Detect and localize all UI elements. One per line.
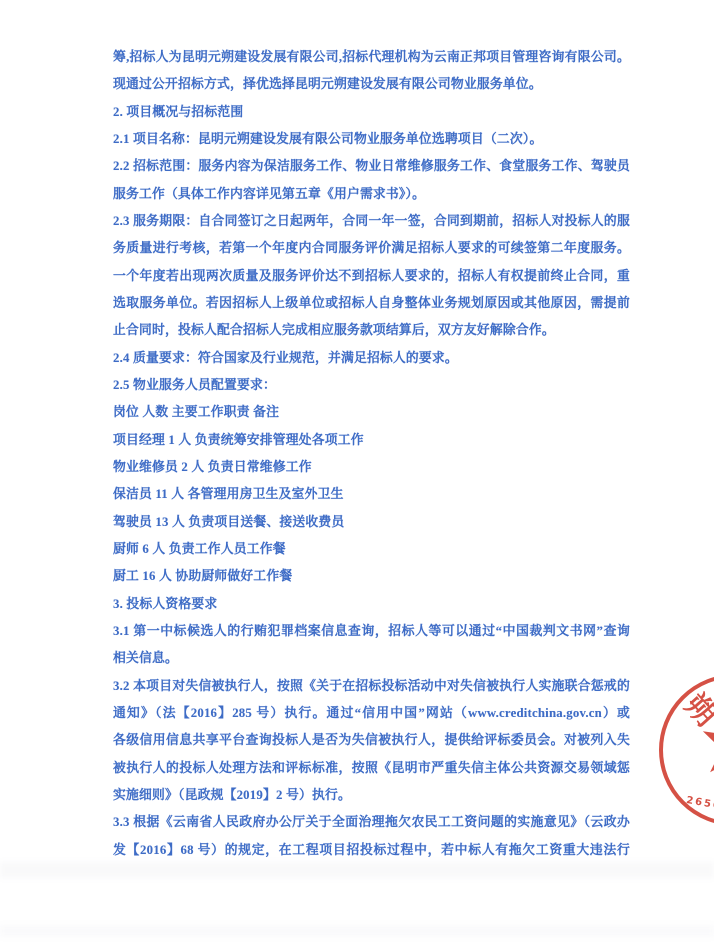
document-line: 被执行人的投标人处理方法和评标标准，按照《昆明市严重失信主体公共资源交易领域惩戒 (113, 755, 630, 782)
document-line: 厨工 16 人 协助厨师做好工作餐 (113, 563, 630, 590)
document-line: 止合同时，投标人配合招标人完成相应服务款项结算后，双方友好解除合作。 (113, 317, 630, 344)
seal-ring (659, 674, 714, 826)
document-page: 筹,招标人为昆明元朔建设发展有限公司,招标代理机构为云南正邦项目管理咨询有限公司… (0, 0, 714, 944)
document-line: 筹,招标人为昆明元朔建设发展有限公司,招标代理机构为云南正邦项目管理咨询有限公司… (113, 44, 630, 71)
document-line: 相关信息。 (113, 645, 630, 672)
document-line: 各级信用信息共享平台查询投标人是否为失信被执行人，提供给评标委员会。对被列入失信 (113, 727, 630, 754)
document-line: 2.3 服务期限：自合同签订之日起两年，合同一年一签，合同到期前，招标人对投标人… (113, 208, 630, 235)
official-seal-stamp: ★ 朔 2656 (652, 640, 714, 855)
document-line: 项目经理 1 人 负责统筹安排管理处各项工作 (113, 427, 630, 454)
document-line: 3.3 根据《云南省人民政府办公厅关于全面治理拖欠农民工工资问题的实施意见》（云… (113, 809, 630, 836)
document-line: 2.5 物业服务人员配置要求： (113, 372, 630, 399)
document-line: 厨师 6 人 负责工作人员工作餐 (113, 536, 630, 563)
document-line: 务质量进行考核，若第一个年度内合同服务评价满足招标人要求的可续签第二年度服务。第 (113, 235, 630, 262)
document-line: 实施细则》（昆政规【2019】2 号）执行。 (113, 782, 630, 809)
document-line: 2.2 招标范围：服务内容为保洁服务工作、物业日常维修服务工作、食堂服务工作、驾… (113, 153, 630, 180)
document-line: 服务工作（具体工作内容详见第五章《用户需求书》）。 (113, 181, 630, 208)
document-line: 3.2 本项目对失信被执行人，按照《关于在招标投标活动中对失信被执行人实施联合惩… (113, 673, 630, 700)
document-line: 选取服务单位。若因招标人上级单位或招标人自身整体业务规划原因或其他原因，需提前终 (113, 290, 630, 317)
seal-serial-number: 2656 (685, 795, 714, 812)
document-line: 物业维修员 2 人 负责日常维修工作 (113, 454, 630, 481)
document-line: 通知》（法【2016】285 号）执行。通过“信用中国”网站（www.credi… (113, 700, 630, 727)
seal-star-icon: ★ (684, 694, 714, 796)
scan-noise-strip (0, 925, 714, 937)
document-text-block: 筹,招标人为昆明元朔建设发展有限公司,招标代理机构为云南正邦项目管理咨询有限公司… (113, 44, 630, 864)
document-line: 保洁员 11 人 各管理用房卫生及室外卫生 (113, 481, 630, 508)
seal-partial-text: 朔 (677, 682, 714, 734)
document-line: 2. 项目概况与招标范围 (113, 99, 630, 126)
document-line: 岗位 人数 主要工作职责 备注 (113, 399, 630, 426)
document-line: 2.1 项目名称：昆明元朔建设发展有限公司物业服务单位选聘项目（二次）。 (113, 126, 630, 153)
document-line: 发【2016】68 号）的规定，在工程项目招投标过程中，若中标人有拖欠工资重大违… (113, 837, 630, 864)
document-line: 3.1 第一中标候选人的行贿犯罪档案信息查询，招标人等可以通过“中国裁判文书网”… (113, 618, 630, 645)
document-line: 3. 投标人资格要求 (113, 591, 630, 618)
document-line: 现通过公开招标方式，择优选择昆明元朔建设发展有限公司物业服务单位。 (113, 71, 630, 98)
document-line: 驾驶员 13 人 负责项目送餐、接送收费员 (113, 509, 630, 536)
scan-noise-strip (0, 862, 714, 878)
document-line: 一个年度若出现两次质量及服务评价达不到招标人要求的，招标人有权提前终止合同，重新 (113, 263, 630, 290)
document-line: 2.4 质量要求：符合国家及行业规范，并满足招标人的要求。 (113, 345, 630, 372)
